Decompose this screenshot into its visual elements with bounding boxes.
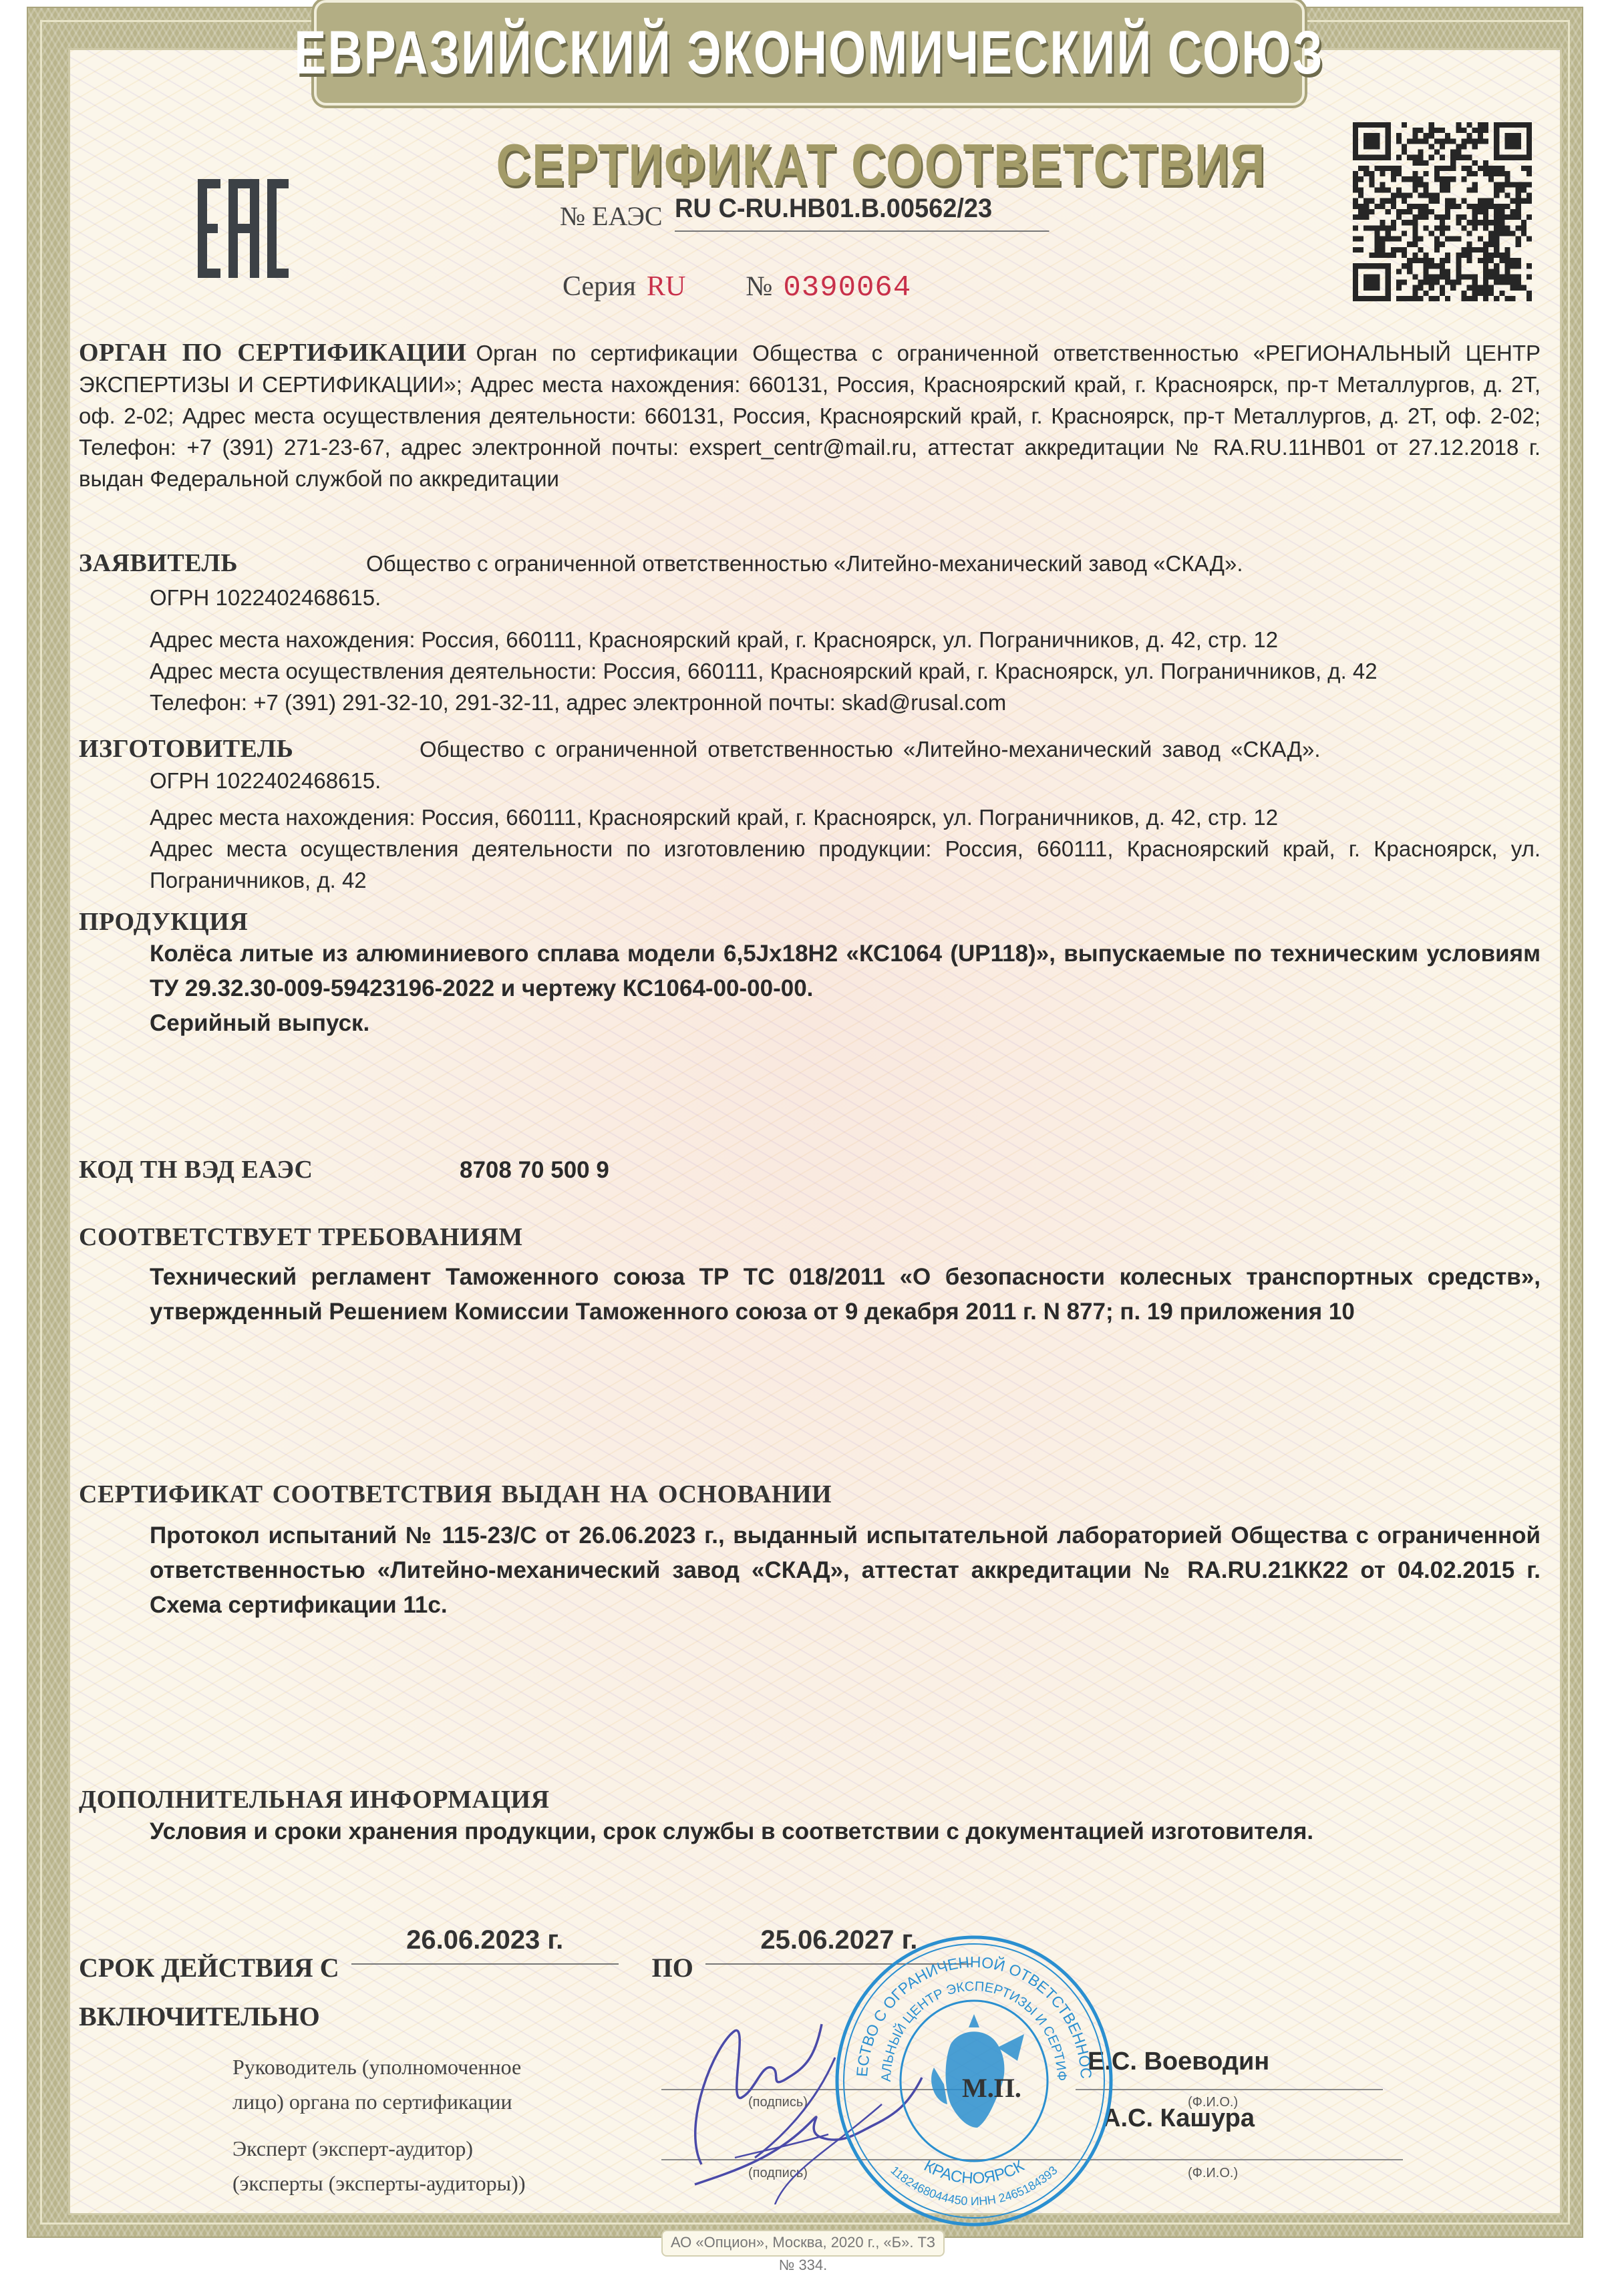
basis-text: Протокол испытаний № 115-23/С от 26.06.2… bbox=[79, 1518, 1541, 1623]
hs-code-heading: КОД ТН ВЭД ЕАЭС bbox=[79, 1155, 460, 1184]
blank-number-label: № bbox=[746, 271, 772, 303]
registration-label: № ЕАЭС bbox=[560, 200, 663, 232]
head-role-line1: Руководитель (уполномоченное bbox=[232, 2049, 521, 2084]
registration-number-row: № ЕАЭС RU C-RU.НВ01.В.00562/23 bbox=[560, 194, 1069, 232]
basis-heading: СЕРТИФИКАТ СООТВЕТСТВИЯ ВЫДАН НА ОСНОВАН… bbox=[79, 1480, 1541, 1509]
head-role-line2: лицо) органа по сертификации bbox=[232, 2084, 521, 2119]
section-requirements: СООТВЕТСТВУЕТ ТРЕБОВАНИЯМ Технический ре… bbox=[79, 1222, 1541, 1329]
applicant-address: Адрес места нахождения: Россия, 660111, … bbox=[79, 624, 1541, 655]
expert-role: Эксперт (эксперт-аудитор) (эксперты (экс… bbox=[232, 2131, 525, 2200]
series-label: Серия bbox=[562, 271, 636, 303]
blank-number-value: 0390064 bbox=[783, 271, 911, 305]
product-description: Колёса литые из алюминиевого сплава моде… bbox=[79, 937, 1541, 1006]
seal-label: М.П. bbox=[962, 2072, 1021, 2104]
registration-number: RU C-RU.НВ01.В.00562/23 bbox=[675, 194, 1050, 232]
st-george-emblem-icon bbox=[931, 2014, 1024, 2128]
expert-role-line2: (эксперты (эксперты-аудиторы)) bbox=[232, 2166, 525, 2200]
requirements-heading: СООТВЕТСТВУЕТ ТРЕБОВАНИЯМ bbox=[79, 1222, 1541, 1252]
series-row: Серия RU № 0390064 bbox=[562, 271, 911, 305]
applicant-activity-address: Адрес места осуществления деятельности: … bbox=[79, 655, 1541, 687]
validity-from-date: 26.06.2023 г. bbox=[351, 1925, 619, 1965]
certificate-title: СЕРТИФИКАТ СООТВЕТСТВИЯ bbox=[496, 131, 1121, 199]
applicant-name: Общество с ограниченной ответственностью… bbox=[366, 548, 1243, 579]
section-hs-code: КОД ТН ВЭД ЕАЭС 8708 70 500 9 bbox=[79, 1154, 1541, 1186]
section-product: ПРОДУКЦИЯ Колёса литые из алюминиевого с… bbox=[79, 907, 1541, 1041]
product-heading: ПРОДУКЦИЯ bbox=[79, 907, 1541, 937]
additional-info-heading: ДОПОЛНИТЕЛЬНАЯ ИНФОРМАЦИЯ bbox=[79, 1785, 1541, 1814]
product-release: Серийный выпуск. bbox=[79, 1006, 1541, 1041]
applicant-contacts: Телефон: +7 (391) 291-32-10, 291-32-11, … bbox=[79, 687, 1541, 718]
certification-body-heading: ОРГАН ПО СЕРТИФИКАЦИИ bbox=[79, 339, 466, 367]
section-certification-body: ОРГАН ПО СЕРТИФИКАЦИИОрган по сертификац… bbox=[79, 337, 1541, 494]
additional-info-text: Условия и сроки хранения продукции, срок… bbox=[79, 1814, 1541, 1849]
hs-code-value: 8708 70 500 9 bbox=[460, 1154, 609, 1186]
union-title: ЕВРАЗИЙСКИЙ ЭКОНОМИЧЕСКИЙ СОЮЗ bbox=[295, 18, 1325, 88]
section-basis: СЕРТИФИКАТ СООТВЕТСТВИЯ ВЫДАН НА ОСНОВАН… bbox=[79, 1480, 1541, 1623]
validity-from-label: СРОК ДЕЙСТВИЯ С bbox=[79, 1952, 339, 1983]
head-role: Руководитель (уполномоченное лицо) орган… bbox=[232, 2049, 521, 2119]
section-manufacturer: ИЗГОТОВИТЕЛЬ Общество с ограниченной отв… bbox=[79, 733, 1541, 896]
expert-name: А.С. Кашура bbox=[1102, 2104, 1255, 2133]
requirements-text: Технический регламент Таможенного союза … bbox=[79, 1260, 1541, 1329]
manufacturer-address: Адрес места нахождения: Россия, 660111, … bbox=[79, 802, 1541, 833]
applicant-ogrn: ОГРН 1022402468615. bbox=[79, 582, 1541, 613]
section-applicant: ЗАЯВИТЕЛЬ Общество с ограниченной ответс… bbox=[79, 548, 1541, 718]
manufacturer-ogrn: ОГРН 1022402468615. bbox=[79, 765, 1541, 796]
section-additional-info: ДОПОЛНИТЕЛЬНАЯ ИНФОРМАЦИЯ Условия и срок… bbox=[79, 1785, 1541, 1849]
validity-to-label: ПО bbox=[652, 1952, 693, 1983]
qr-code-icon bbox=[1353, 122, 1532, 301]
manufacturer-heading: ИЗГОТОВИТЕЛЬ bbox=[79, 734, 420, 764]
series-value: RU bbox=[647, 271, 685, 303]
expert-name-caption: (Ф.И.О.) bbox=[1188, 2166, 1238, 2181]
head-name-line bbox=[1076, 2089, 1383, 2090]
eac-mark-icon bbox=[198, 179, 291, 278]
expert-role-line1: Эксперт (эксперт-аудитор) bbox=[232, 2131, 525, 2166]
applicant-heading: ЗАЯВИТЕЛЬ bbox=[79, 548, 366, 578]
union-banner: ЕВРАЗИЙСКИЙ ЭКОНОМИЧЕСКИЙ СОЮЗ bbox=[314, 0, 1305, 106]
manufacturer-name: Общество с ограниченной ответственностью… bbox=[420, 733, 1321, 765]
manufacturer-production-address: Адрес места осуществления деятельности п… bbox=[79, 833, 1541, 896]
printer-note: АО «Опцион», Москва, 2020 г., «Б». ТЗ № … bbox=[661, 2230, 945, 2257]
